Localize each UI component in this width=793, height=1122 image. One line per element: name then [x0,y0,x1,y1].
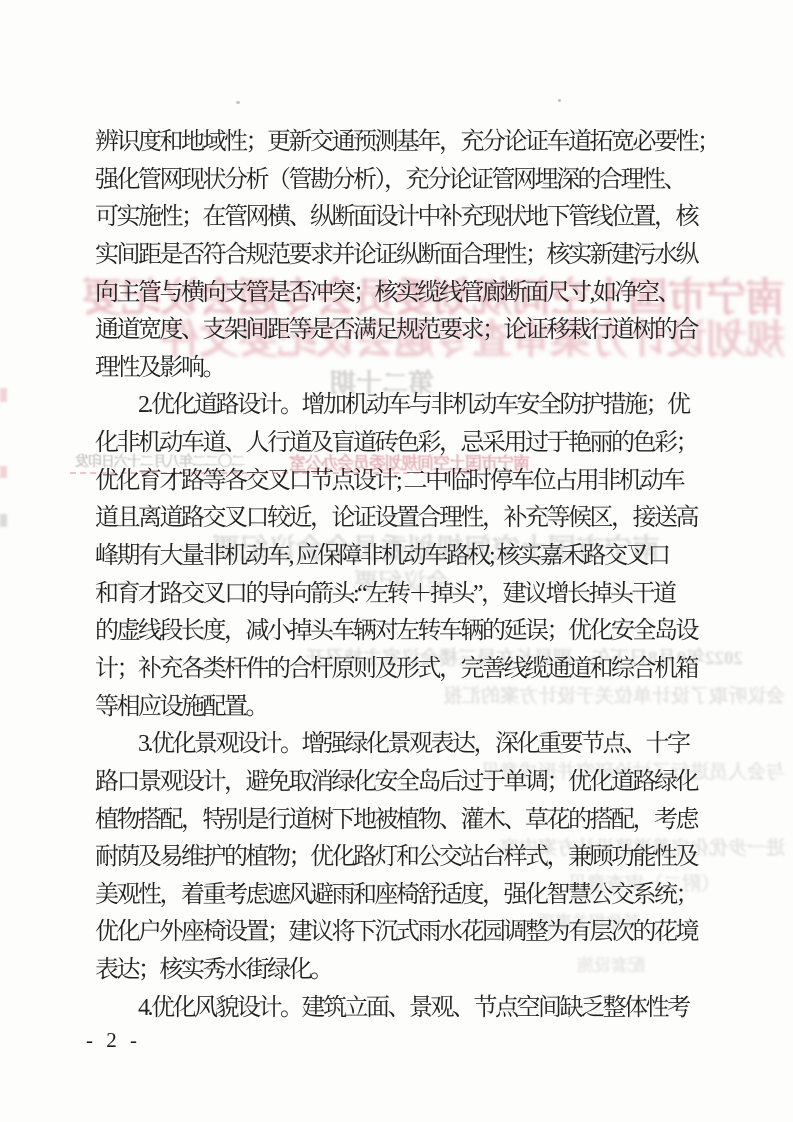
scan-speck [236,101,240,104]
document-line: 耐荫及易维护的植物；优化路灯和公交站台样式，兼顾功能性及 [95,839,740,877]
document-line: 实间距是否符合规范要求并论证纵断面合理性；核实新建污水纵 [95,237,740,275]
document-line: 辨识度和地域性；更新交通预测基年，充分论证车道拓宽必要性； [95,124,740,162]
document-line: 表达；核实秀水街绿化。 [95,952,740,990]
document-line: 美观性，着重考虑遮风避雨和座椅舒适度，强化智慧公交系统； [95,877,740,915]
scan-edge-mark [0,388,7,402]
document-line: 和育才路交叉口的导向箭头:“左转＋掉头”，建议增长掉头干道 [95,576,740,614]
body-text: 辨识度和地域性；更新交通预测基年，充分论证车道拓宽必要性； 强化管网现状分析（管… [95,124,740,1027]
scan-edge-mark [0,514,7,527]
document-line: 的虚线段长度，减小掉头车辆对左转车辆的延误；优化安全岛设 [95,613,740,651]
document-line: 优化户外座椅设置；建议将下沉式雨水花园调整为有层次的花境 [95,914,740,952]
document-line: 道且离道路交叉口较近，论证设置合理性，补充等候区，接送高 [95,500,740,538]
document-line: 优化育才路等各交叉口节点设计; 二中临时停车位占用非机动车 [95,463,740,501]
document-line: 可实施性；在管网横、纵断面设计中补充现状地下管线位置，核 [95,199,740,237]
document-line: 4.优化风貌设计。建筑立面、景观、节点空间缺乏整体性考 [95,990,740,1028]
document-line: 通道宽度、支架间距等是否满足规范要求；论证移栽行道树的合 [95,312,740,350]
document-line: 计；补充各类杆件的合杆原则及形式，完善线缆通道和综合机箱 [95,651,740,689]
document-line: 向主管与横向支管是否冲突；核实缆线管廊断面尺寸,如净空、 [95,275,740,313]
document-line: 等相应设施配置。 [95,689,740,727]
document-line: 2.优化道路设计。增加机动车与非机动车安全防护措施；优 [95,387,740,425]
document-line: 理性及影响。 [95,350,740,388]
page-number: - 2 - [86,1028,141,1053]
document-line: 化非机动车道、人行道及盲道砖色彩，忌采用过于艳丽的色彩； [95,425,740,463]
document-line: 强化管网现状分析（管勘分析），充分论证管网埋深的合理性、 [95,162,740,200]
document-line: 3.优化景观设计。增强绿化景观表达，深化重要节点、十字 [95,726,740,764]
scan-edge-mark [0,466,7,478]
scanned-document-page: 南宁市国土空间规划委员会专题会议纪要 规划设计方案审查专题会议纪要文件 第二十期… [0,0,793,1122]
document-line: 峰期有大量非机动车, 应保障非机动车路权; 核实嘉禾路交叉口 [95,538,740,576]
document-line: 路口景观设计，避免取消绿化安全岛后过于单调；优化道路绿化 [95,764,740,802]
document-line: 植物搭配，特别是行道树下地被植物、灌木、草花的搭配，考虑 [95,802,740,840]
scan-speck [558,99,561,102]
